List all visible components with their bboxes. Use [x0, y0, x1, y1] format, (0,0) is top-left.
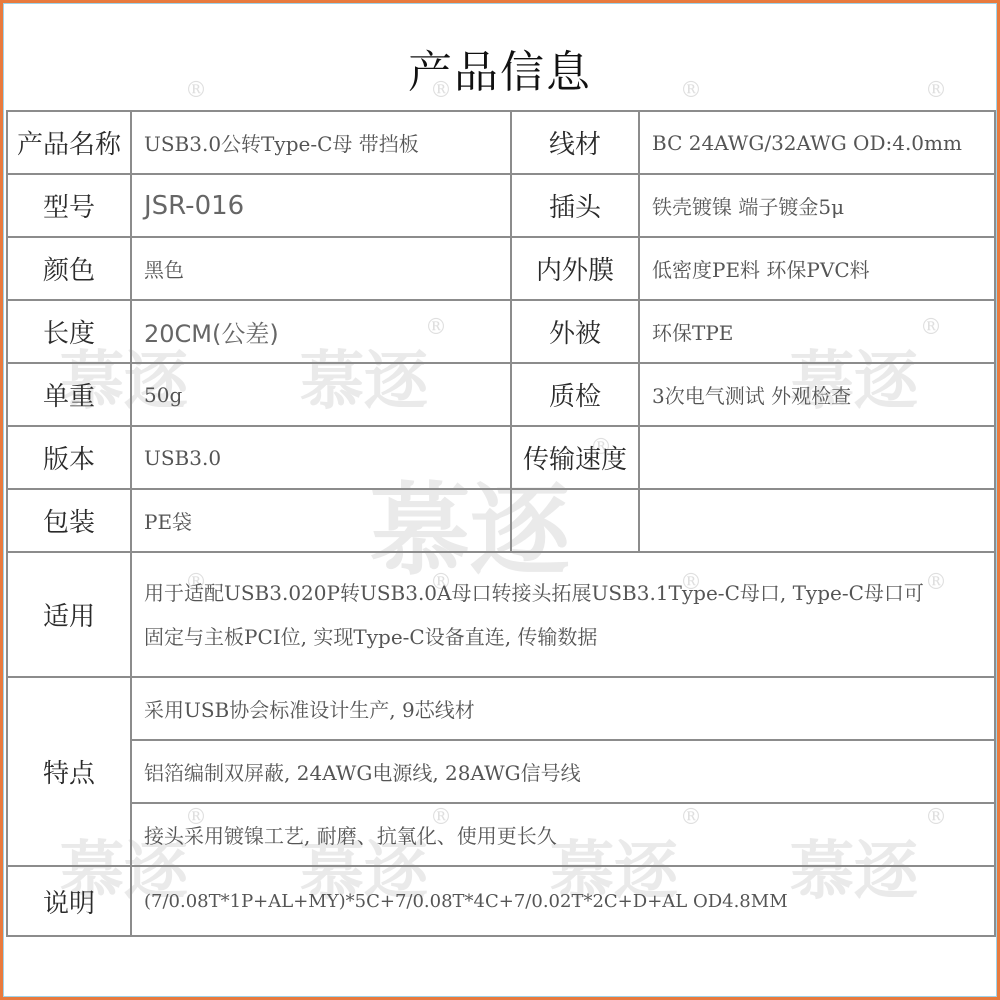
application-line: 用于适配USB3.020P转USB3.0A母口转接头拓展USB3.1Type-C…: [144, 571, 994, 615]
spec-row-color: 颜色 黑色 内外膜 低密度PE料 环保PVC料: [7, 237, 995, 300]
label-application: 适用: [7, 552, 131, 677]
value-empty: [639, 489, 995, 552]
value-plug: 铁壳镀镍 端子镀金5μ: [639, 174, 995, 237]
value-inner-outer-film: 低密度PE料 环保PVC料: [639, 237, 995, 300]
spec-row-features: 铝箔编制双屏蔽, 24AWG电源线, 28AWG信号线: [7, 740, 995, 803]
value-quality-check: 3次电气测试 外观检查: [639, 363, 995, 426]
value-cable-material: BC 24AWG/32AWG OD:4.0mm: [639, 111, 995, 174]
label-description: 说明: [7, 866, 131, 936]
feature-item: 采用USB协会标准设计生产, 9芯线材: [131, 677, 995, 740]
spec-row-weight: 单重 50g 质检 3次电气测试 外观检查: [7, 363, 995, 426]
spec-row-features: 接头采用镀镍工艺, 耐磨、抗氧化、使用更长久: [7, 803, 995, 866]
label-empty: [511, 489, 639, 552]
label-transfer-speed: 传输速度: [511, 426, 639, 489]
spec-row-application: 适用 用于适配USB3.020P转USB3.0A母口转接头拓展USB3.1Typ…: [7, 552, 995, 677]
spec-row-length: 长度 20CM(公差) 外被 环保TPE: [7, 300, 995, 363]
value-jacket: 环保TPE: [639, 300, 995, 363]
spec-row-version: 版本 USB3.0 传输速度: [7, 426, 995, 489]
label-color: 颜色: [7, 237, 131, 300]
value-version: USB3.0: [131, 426, 511, 489]
spec-row-features: 特点 采用USB协会标准设计生产, 9芯线材: [7, 677, 995, 740]
spec-row-product-name: 产品名称 USB3.0公转Type-C母 带挡板 线材 BC 24AWG/32A…: [7, 111, 995, 174]
label-version: 版本: [7, 426, 131, 489]
value-packaging: PE袋: [131, 489, 511, 552]
label-product-name: 产品名称: [7, 111, 131, 174]
label-features: 特点: [7, 677, 131, 866]
value-description: (7/0.08T*1P+AL+MY)*5C+7/0.08T*4C+7/0.02T…: [131, 866, 995, 936]
label-cable-material: 线材: [511, 111, 639, 174]
spec-row-packaging: 包装 PE袋: [7, 489, 995, 552]
label-inner-outer-film: 内外膜: [511, 237, 639, 300]
value-color: 黑色: [131, 237, 511, 300]
value-length: 20CM(公差): [131, 300, 511, 363]
spec-row-description: 说明 (7/0.08T*1P+AL+MY)*5C+7/0.08T*4C+7/0.…: [7, 866, 995, 936]
product-spec-table: 产品名称 USB3.0公转Type-C母 带挡板 线材 BC 24AWG/32A…: [6, 110, 996, 937]
label-plug: 插头: [511, 174, 639, 237]
page-title: 产品信息: [0, 36, 1000, 100]
label-model: 型号: [7, 174, 131, 237]
label-length: 长度: [7, 300, 131, 363]
label-jacket: 外被: [511, 300, 639, 363]
label-quality-check: 质检: [511, 363, 639, 426]
value-application: 用于适配USB3.020P转USB3.0A母口转接头拓展USB3.1Type-C…: [131, 552, 995, 677]
label-weight: 单重: [7, 363, 131, 426]
feature-item: 接头采用镀镍工艺, 耐磨、抗氧化、使用更长久: [131, 803, 995, 866]
spec-row-model: 型号 JSR-016 插头 铁壳镀镍 端子镀金5μ: [7, 174, 995, 237]
value-product-name: USB3.0公转Type-C母 带挡板: [131, 111, 511, 174]
value-transfer-speed: [639, 426, 995, 489]
label-packaging: 包装: [7, 489, 131, 552]
application-line: 固定与主板PCI位, 实现Type-C设备直连, 传输数据: [144, 615, 994, 659]
value-model: JSR-016: [131, 174, 511, 237]
feature-item: 铝箔编制双屏蔽, 24AWG电源线, 28AWG信号线: [131, 740, 995, 803]
value-weight: 50g: [131, 363, 511, 426]
